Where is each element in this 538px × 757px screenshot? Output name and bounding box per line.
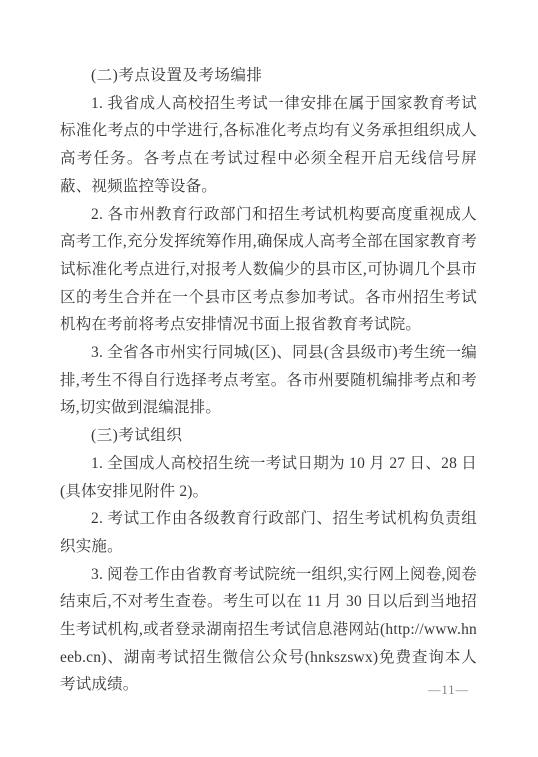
section-heading-exam-site-setup: (二)考点设置及考场编排 (60, 62, 477, 90)
paragraph-exam-org-rule-1: 1. 全国成人高校招生统一考试日期为 10 月 27 日、28 日(具体安排见附… (60, 450, 477, 505)
paragraph-exam-site-rule-2: 2. 各市州教育行政部门和招生考试机构要高度重视成人高考工作,充分发挥统筹作用,… (60, 201, 477, 340)
paragraph-exam-org-rule-2: 2. 考试工作由各级教育行政部门、招生考试机构负责组织实施。 (60, 505, 477, 560)
paragraph-exam-site-rule-3: 3. 全省各市州实行同城(区)、同县(含县级市)考生统一编排,考生不得自行选择考… (60, 339, 477, 422)
document-body: (二)考点设置及考场编排 1. 我省成人高校招生考试一律安排在属于国家教育考试标… (60, 62, 477, 699)
document-page: (二)考点设置及考场编排 1. 我省成人高校招生考试一律安排在属于国家教育考试标… (0, 0, 538, 757)
page-number: —11— (428, 682, 469, 698)
paragraph-exam-org-rule-3: 3. 阅卷工作由省教育考试院统一组织,实行网上阅卷,阅卷结束后,不对考生查卷。考… (60, 561, 477, 700)
paragraph-exam-site-rule-1: 1. 我省成人高校招生考试一律安排在属于国家教育考试标准化考点的中学进行,各标准… (60, 90, 477, 201)
section-heading-exam-organization: (三)考试组织 (60, 422, 477, 450)
